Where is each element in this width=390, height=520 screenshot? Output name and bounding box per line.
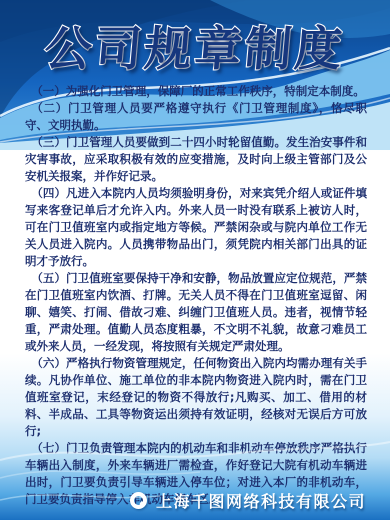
rule-item-5: （五）门卫值班室要保持干净和安静，物品放置应定位规范，严禁在门卫值班室内饮酒、打… — [25, 270, 367, 355]
footer: 上海千图网络科技有限公司 — [0, 489, 390, 512]
rule-item-3: （三）门卫管理人员要做到二十四小时轮留值勤。发生治安事件和灾害事故，应采取积极有… — [25, 134, 367, 185]
rule-item-4: （四）凡进入本院内人员均须验明身份，对来宾凭介绍人或证件填写来客登记单后才允许入… — [25, 185, 367, 270]
rule-item-6: （六）严格执行物资管理规定，任何物资出入院内均需办理有关手续。凡协作单位、施工单… — [25, 355, 367, 440]
company-name: 上海千图网络科技有限公司 — [156, 489, 366, 512]
rule-item-2: （二）门卫管理人员要严格遵守执行《门卫管理制度》，恪尽职守、文明执勤。 — [25, 100, 367, 134]
company-rules-poster: 公司规章制度 （一）为强化门卫管理，保障厂的正常工作秩序，特制定本制度。 （二）… — [0, 0, 390, 520]
rule-item-1: （一）为强化门卫管理，保障厂的正常工作秩序，特制定本制度。 — [25, 83, 367, 100]
company-logo-icon — [130, 492, 147, 509]
rules-text-block: （一）为强化门卫管理，保障厂的正常工作秩序，特制定本制度。 （二）门卫管理人员要… — [25, 83, 367, 508]
poster-title: 公司规章制度 — [0, 12, 390, 79]
